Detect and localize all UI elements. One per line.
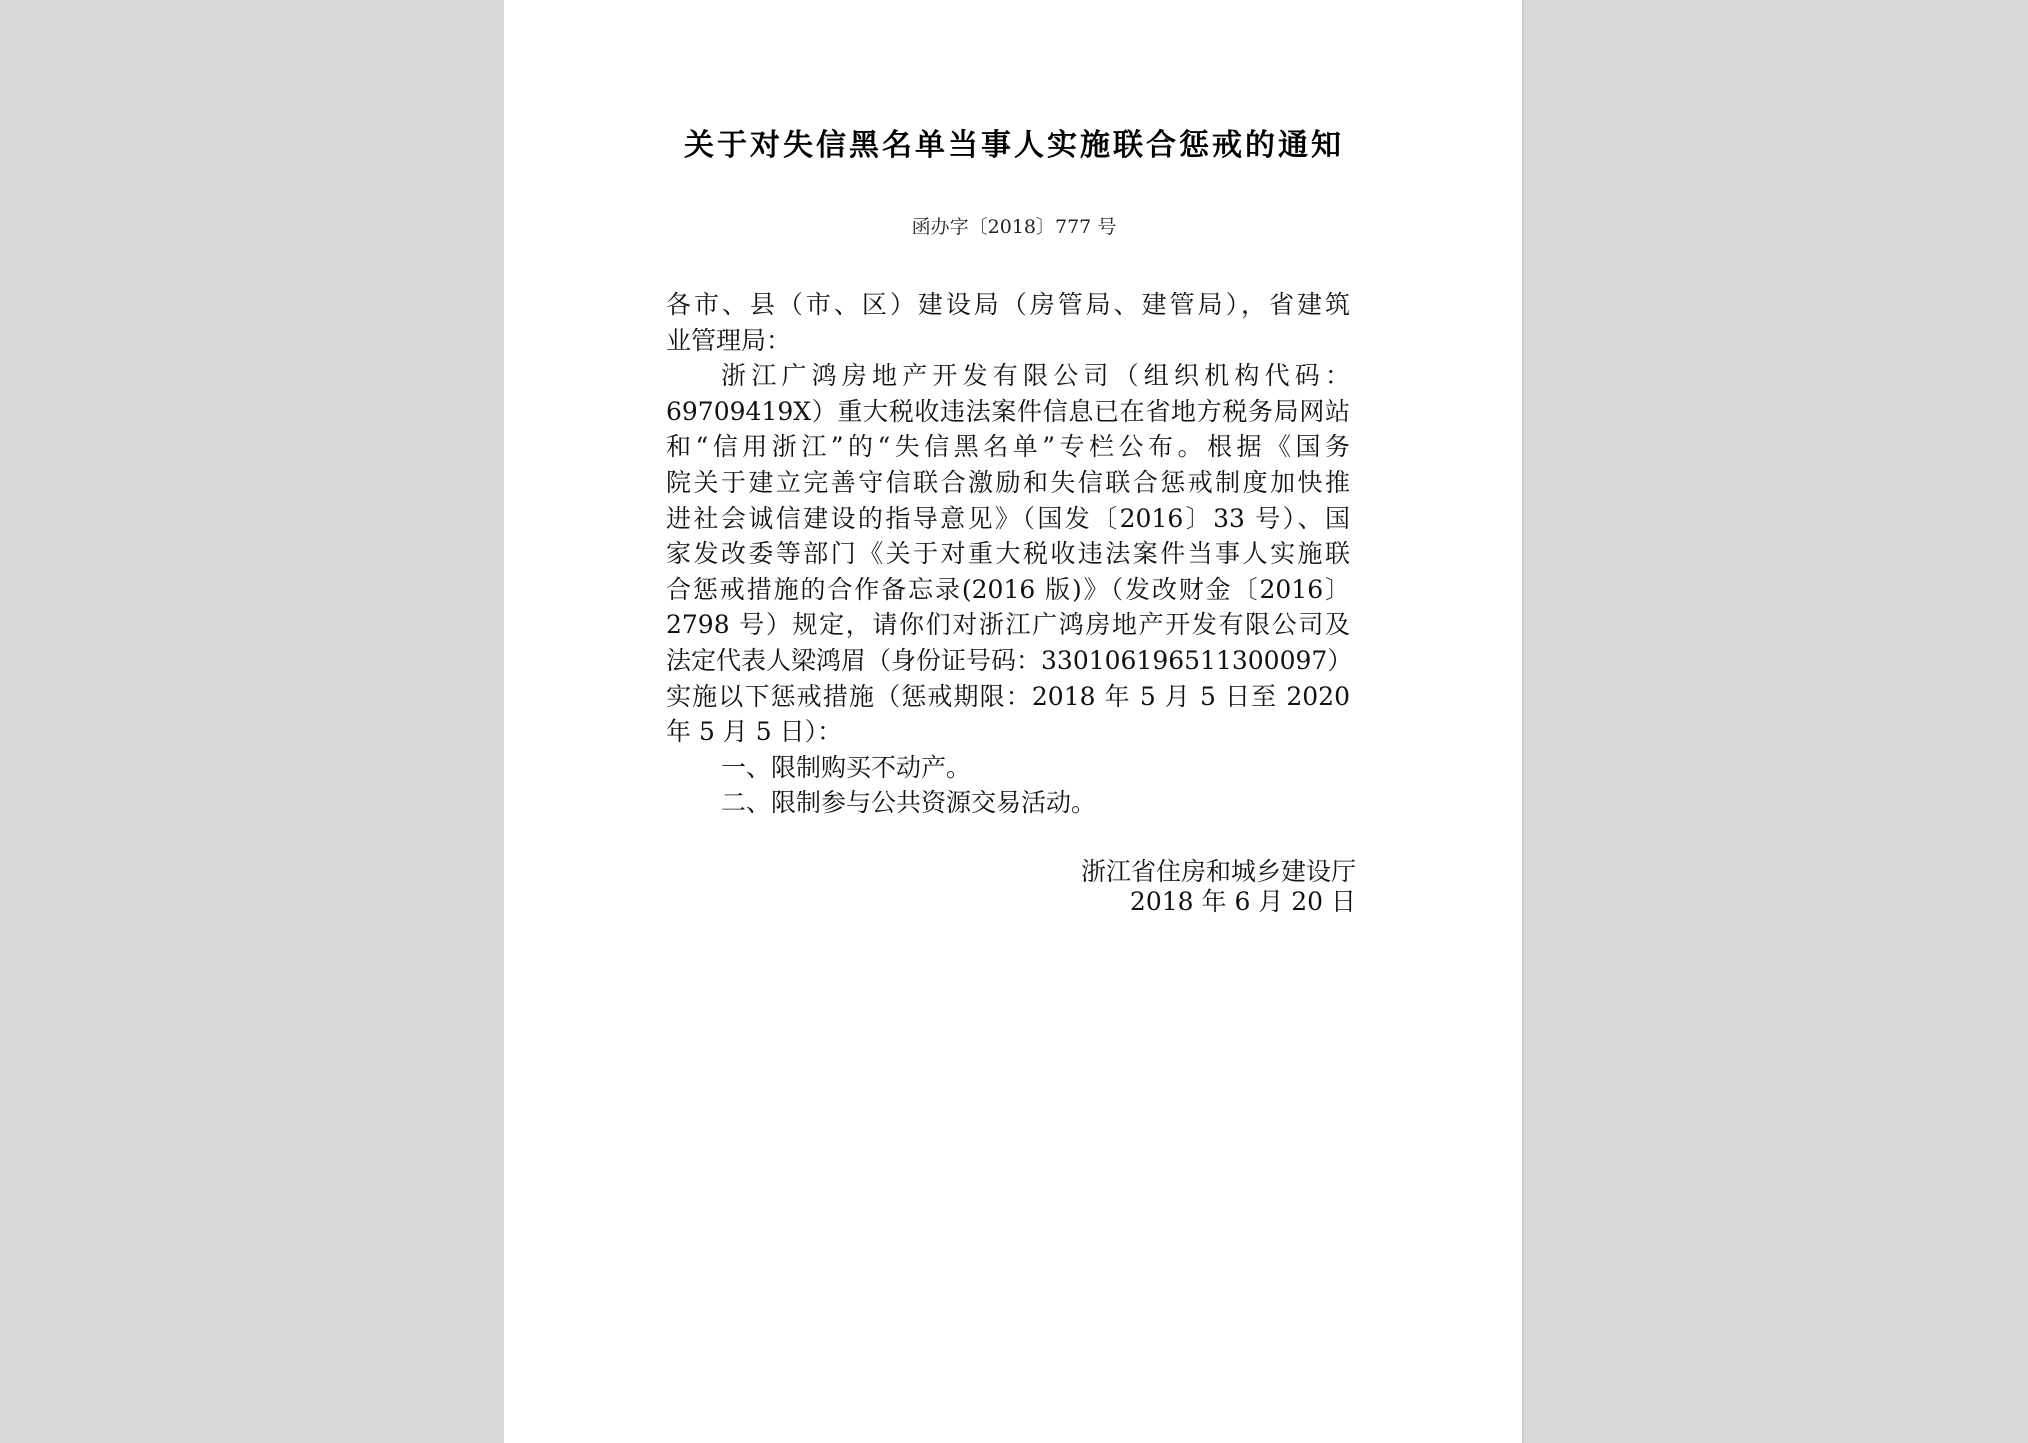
issue-date: 2018 年 6 月 20 日 bbox=[1081, 887, 1356, 917]
body-line: 各市、县（市、区）建设局（房管局、建管局），省建筑 bbox=[666, 287, 1350, 323]
body-line: 69709419X）重大税收违法案件信息已在省地方税务局网站 bbox=[666, 394, 1350, 430]
body-line: 和“信用浙江”的“失信黑名单”专栏公布。根据《国务 bbox=[666, 429, 1350, 465]
body-line: 业管理局： bbox=[666, 323, 1350, 359]
body-line: 2798 号）规定，请你们对浙江广鸿房地产开发有限公司及 bbox=[666, 607, 1350, 643]
body-line: 家发改委等部门《关于对重大税收违法案件当事人实施联 bbox=[666, 536, 1350, 572]
document-page: 关于对失信黑名单当事人实施联合惩戒的通知 函办字〔2018〕777 号 各市、县… bbox=[504, 0, 1524, 1443]
body-line: 年 5 月 5 日）： bbox=[666, 714, 1350, 750]
document-number: 函办字〔2018〕777 号 bbox=[504, 214, 1524, 240]
document-title: 关于对失信黑名单当事人实施联合惩戒的通知 bbox=[504, 126, 1524, 166]
list-item-restriction-2: 二、限制参与公共资源交易活动。 bbox=[666, 785, 1350, 821]
list-item-restriction-1: 一、限制购买不动产。 bbox=[666, 750, 1350, 786]
body-line: 法定代表人梁鸿眉（身份证号码：330106196511300097） bbox=[666, 643, 1350, 679]
body-line: 合惩戒措施的合作备忘录(2016 版)》（发改财金〔2016〕 bbox=[666, 572, 1350, 608]
issuer-name: 浙江省住房和城乡建设厅 bbox=[1081, 857, 1356, 887]
body-line: 浙江广鸿房地产开发有限公司（组织机构代码： bbox=[666, 358, 1350, 394]
signature-block: 浙江省住房和城乡建设厅 2018 年 6 月 20 日 bbox=[1081, 857, 1356, 917]
body-line: 实施以下惩戒措施（惩戒期限：2018 年 5 月 5 日至 2020 bbox=[666, 679, 1350, 715]
document-body: 各市、县（市、区）建设局（房管局、建管局），省建筑 业管理局： 浙江广鸿房地产开… bbox=[666, 287, 1350, 821]
body-line: 进社会诚信建设的指导意见》（国发〔2016〕33 号）、国 bbox=[666, 501, 1350, 537]
body-line: 院关于建立完善守信联合激励和失信联合惩戒制度加快推 bbox=[666, 465, 1350, 501]
